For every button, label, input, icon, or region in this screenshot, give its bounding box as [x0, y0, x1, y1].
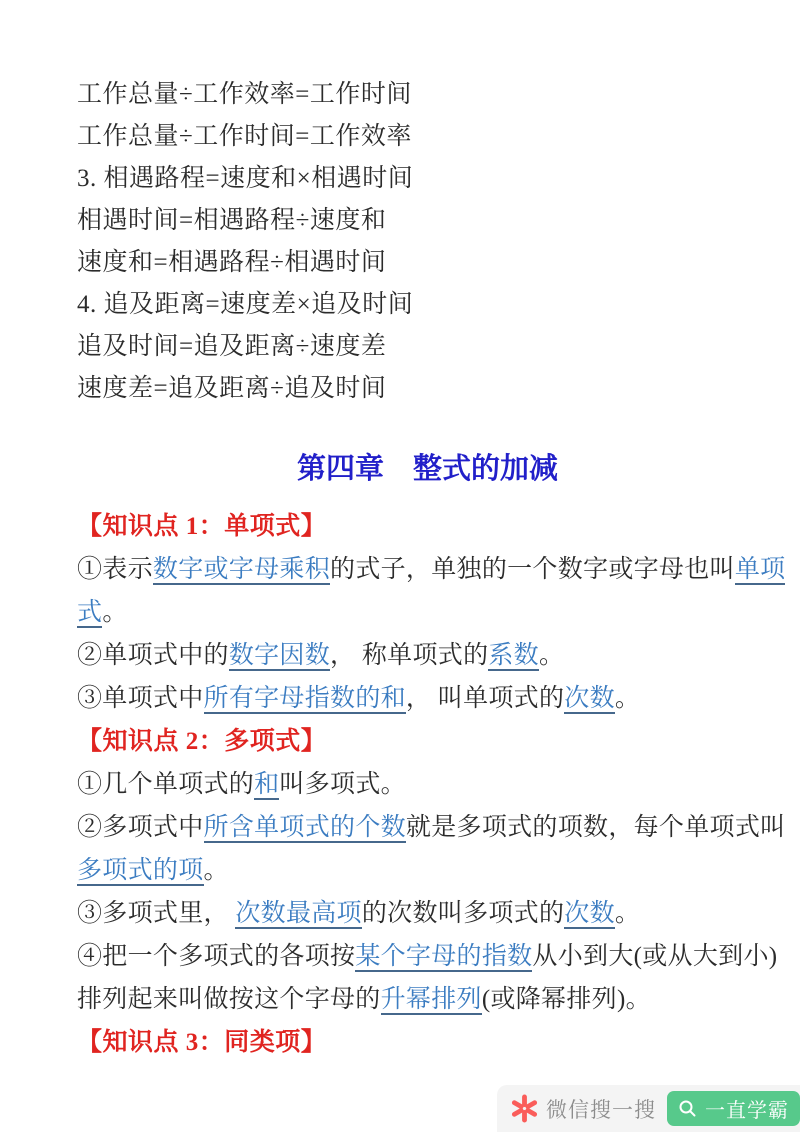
text-segment: 。 — [615, 900, 640, 927]
text-segment: ②多项式中 — [77, 814, 204, 841]
underlined-term: 和 — [254, 771, 279, 800]
text-line: ③单项式中所有字母指数的和， 叫单项式的次数。 — [77, 677, 745, 720]
text-segment: 排列起来叫做按这个字母的 — [77, 986, 381, 1013]
text-segment: 。 — [204, 857, 229, 884]
formula-line: 4. 追及距离=速度差×追及时间 — [77, 284, 745, 326]
underlined-term: 升幂排列 — [381, 986, 482, 1015]
document-content: 工作总量÷工作效率=工作时间工作总量÷工作时间=工作效率3. 相遇路程=速度和×… — [77, 74, 745, 1064]
magnifier-icon — [678, 1099, 697, 1118]
underlined-term: 所含单项式的个数 — [204, 814, 406, 843]
text-segment: ③单项式中 — [77, 685, 204, 712]
underlined-term: 次数最高项 — [235, 900, 362, 929]
text-line: 排列起来叫做按这个字母的升幂排列(或降幂排列)。 — [77, 978, 745, 1021]
text-segment: ①表示 — [77, 556, 153, 583]
text-segment: ②单项式中的 — [77, 642, 229, 669]
knowledge-point-heading: 【知识点 3：同类项】 — [77, 1021, 745, 1064]
formula-line: 3. 相遇路程=速度和×相遇时间 — [77, 158, 745, 200]
sections: 【知识点 1：单项式】①表示数字或字母乘积的式子，单独的一个数字或字母也叫单项式… — [77, 505, 745, 1064]
text-segment: 的次数叫多项式的 — [362, 900, 564, 927]
underlined-term: 数字或字母乘积 — [153, 556, 330, 585]
text-line: ②单项式中的数字因数， 称单项式的系数。 — [77, 634, 745, 677]
underlined-term: 式 — [77, 599, 102, 628]
account-name-label: 一直学霸 — [705, 1094, 789, 1123]
wechat-search-logo-icon — [510, 1094, 539, 1123]
underlined-term: 多项式的项 — [77, 857, 204, 886]
text-line: ④把一个多项式的各项按某个字母的指数从小到大(或从大到小) — [77, 935, 745, 978]
underlined-term: 次数 — [564, 685, 615, 714]
text-segment: 。 — [615, 685, 640, 712]
underlined-term: 某个字母的指数 — [355, 943, 532, 972]
text-segment: (或降幂排列)。 — [482, 986, 651, 1013]
formula-line: 速度差=追及距离÷追及时间 — [77, 368, 745, 410]
text-line: ①几个单项式的和叫多项式。 — [77, 763, 745, 806]
formula-line: 速度和=相遇路程÷相遇时间 — [77, 242, 745, 284]
text-segment: 就是多项式的项数，每个单项式叫 — [406, 814, 786, 841]
formula-line: 工作总量÷工作时间=工作效率 — [77, 116, 745, 158]
formula-list: 工作总量÷工作效率=工作时间工作总量÷工作时间=工作效率3. 相遇路程=速度和×… — [77, 74, 745, 410]
text-segment: ， 称单项式的 — [330, 642, 488, 669]
underlined-term: 单项 — [735, 556, 786, 585]
text-segment: ①几个单项式的 — [77, 771, 254, 798]
document-page: 工作总量÷工作效率=工作时间工作总量÷工作时间=工作效率3. 相遇路程=速度和×… — [0, 0, 800, 1132]
text-segment: 从小到大(或从大到小) — [532, 943, 777, 970]
text-segment: ， 叫单项式的 — [406, 685, 564, 712]
search-account-badge: 一直学霸 — [667, 1091, 800, 1126]
text-line: ③多项式里， 次数最高项的次数叫多项式的次数。 — [77, 892, 745, 935]
underlined-term: 系数 — [488, 642, 539, 671]
formula-line: 追及时间=追及距离÷速度差 — [77, 326, 745, 368]
text-line: ①表示数字或字母乘积的式子，单独的一个数字或字母也叫单项 — [77, 548, 745, 591]
chapter-heading: 第四章 整式的加减 — [55, 446, 800, 492]
text-segment: 叫多项式。 — [279, 771, 406, 798]
wechat-search-watermark: 微信搜一搜 一直学霸 — [497, 1085, 800, 1132]
formula-line: 相遇时间=相遇路程÷速度和 — [77, 200, 745, 242]
text-segment: 的式子，单独的一个数字或字母也叫 — [330, 556, 735, 583]
underlined-term: 所有字母指数的和 — [204, 685, 406, 714]
knowledge-point-heading: 【知识点 1：单项式】 — [77, 505, 745, 548]
text-segment: 。 — [539, 642, 564, 669]
text-line: 式。 — [77, 591, 745, 634]
text-segment: ④把一个多项式的各项按 — [77, 943, 355, 970]
wechat-search-label: 微信搜一搜 — [546, 1094, 656, 1124]
knowledge-point-heading: 【知识点 2：多项式】 — [77, 720, 745, 763]
underlined-term: 次数 — [564, 900, 615, 929]
formula-line: 工作总量÷工作效率=工作时间 — [77, 74, 745, 116]
text-line: ②多项式中所含单项式的个数就是多项式的项数，每个单项式叫 — [77, 806, 745, 849]
text-line: 多项式的项。 — [77, 849, 745, 892]
text-segment: 。 — [102, 599, 127, 626]
underlined-term: 数字因数 — [229, 642, 330, 671]
text-segment: ③多项式里， — [77, 900, 235, 927]
